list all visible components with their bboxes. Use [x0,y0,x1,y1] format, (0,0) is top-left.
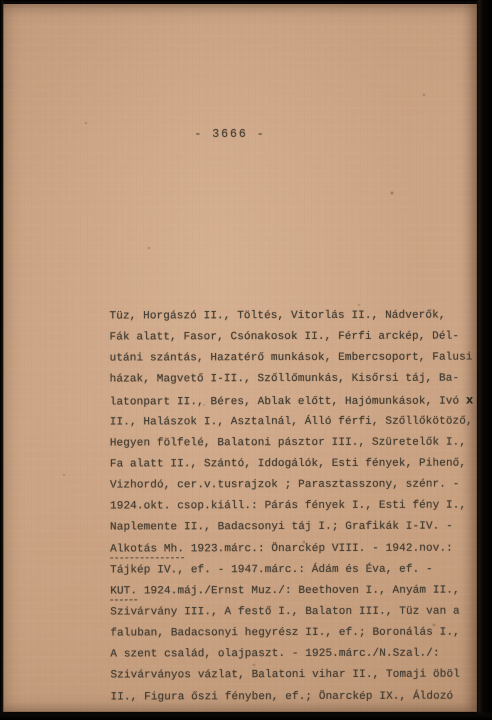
line-text: Fa alatt II., Szántó, Iddogálók, Esti fé… [110,458,466,471]
underlined-heading: KUT. [110,585,137,600]
typed-line: II., Figura őszi fényben, ef.; Önarckép … [110,686,478,708]
line-text: faluban, Badacsonyi hegyrész II., ef.; B… [110,627,460,640]
line-text: Szivárvány III., A festő I., Balaton III… [110,606,460,619]
line-text: II., Halászok I., Asztalnál, Álló férfi,… [110,415,473,428]
typed-line: Tüz, Horgászó II., Töltés, Vitorlás II.,… [109,306,477,328]
typed-line: Fa alatt II., Szántó, Iddogálók, Esti fé… [110,454,478,476]
typed-line: Szivárvány III., A festő I., Balaton III… [110,601,478,623]
typed-text-block: Tüz, Horgászó II., Töltés, Vitorlás II.,… [109,306,478,709]
page-number: - 3666 - [0,128,467,141]
scanned-page: - 3666 - Tüz, Horgászó II., Töltés, Vito… [0,0,492,720]
typed-line: utáni szántás, Hazatérő munkások, Emberc… [110,348,478,370]
line-text: Szivárványos vázlat, Balatoni vihar II.,… [110,669,460,682]
typed-line: Vizhordó, cer.v.tusrajzok ; Parasztasszo… [110,475,478,497]
line-text: 1924.okt. csop.kiáll.: Párás fények I., … [110,500,466,513]
line-text: házak, Magvető I-II., Szőllőmunkás, Kiső… [110,373,460,386]
typed-line: A szent család, olajpaszt. - 1925.márc./… [110,644,478,666]
typed-line: faluban, Badacsonyi hegyrész II., ef.; B… [110,623,478,645]
typed-line: Tájkép IV., ef. - 1947.márc.: Ádám és Év… [110,559,478,581]
typed-line: Naplemente II., Badacsonyi táj I.; Grafi… [110,517,478,539]
typed-line: Alkotás Mh. 1923.márc.: Önarckép VIII. -… [110,538,478,560]
typed-line: Fák alatt, Fasor, Csónakosok II., Férfi … [110,327,478,349]
paper-sheet: - 3666 - Tüz, Horgászó II., Töltés, Vito… [3,4,477,712]
scan-edge-bottom [0,711,492,720]
line-text: Vizhordó, cer.v.tusrajzok ; Parasztasszo… [110,479,460,492]
line-text: II., Figura őszi fényben, ef.; Önarckép … [110,690,453,703]
line-text: Tájkép IV., ef. - 1947.márc.: Ádám és Év… [110,563,433,576]
line-text: utáni szántás, Hazatérő munkások, Emberc… [110,352,473,365]
typed-line: II., Halászok I., Asztalnál, Álló férfi,… [110,411,478,433]
line-text: Naplemente II., Badacsonyi táj I.; Grafi… [110,521,453,534]
typed-line: KUT. 1924.máj./Ernst Muz./: Beethoven I.… [110,580,478,602]
underlined-heading: Alkotás Mh. [110,543,184,558]
typed-line: 1924.okt. csop.kiáll.: Párás fények I., … [110,496,478,518]
typed-line: házak, Magvető I-II., Szőllőmunkás, Kiső… [110,369,478,391]
line-text: 1923.márc.: Önarckép VIII. - 1942.nov.: [184,542,453,555]
line-text: Hegyen fölfelé, Balatoni pásztor III., S… [110,436,466,449]
typed-line: latonpart II., Béres, Ablak előtt, Hajóm… [110,390,478,412]
line-text: Fák alatt, Fasor, Csónakosok II., Férfi … [110,331,460,344]
typed-line: Szivárványos vázlat, Balatoni vihar II.,… [110,665,478,687]
typed-line: Hegyen fölfelé, Balatoni pásztor III., S… [110,432,478,454]
line-text: A szent család, olajpaszt. - 1925.márc./… [110,648,439,661]
line-text: Tüz, Horgászó II., Töltés, Vitorlás II.,… [109,310,445,323]
line-text: latonpart II., Béres, Ablak előtt, Hajóm… [110,395,466,408]
correction-mark: x [466,393,473,407]
line-text: 1924.máj./Ernst Muz./: Beethoven I., Any… [137,584,460,597]
scan-edge-right [476,0,492,720]
paper-specks [3,4,5,6]
